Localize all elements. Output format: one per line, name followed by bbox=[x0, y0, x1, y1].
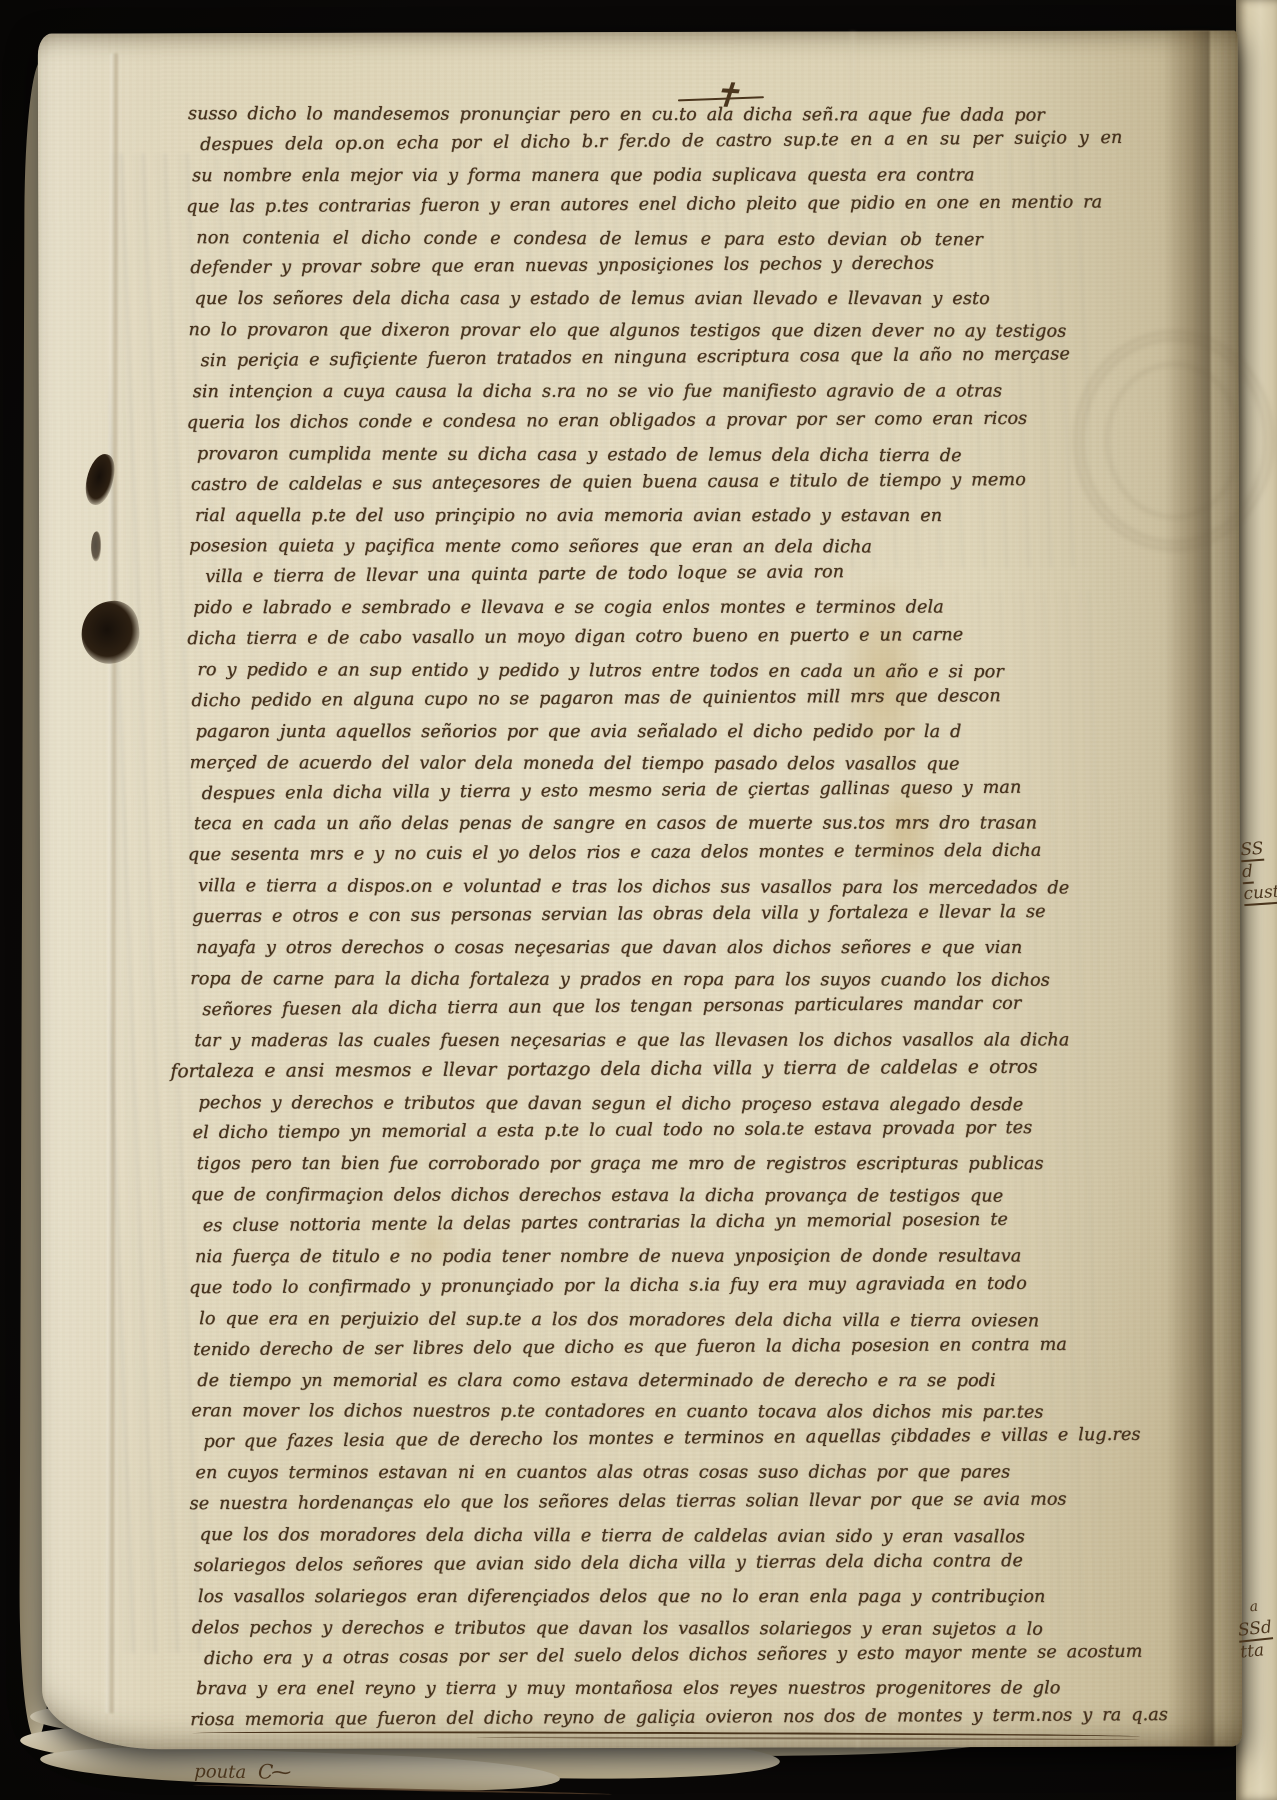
manuscript-line: pagaron junta aquellos señorios por que … bbox=[196, 717, 1156, 748]
manuscript-lines: susso dicho lo mandesemos pronunçiar per… bbox=[186, 97, 1158, 1737]
manuscript-line: tigos pero tan bien fue corroborado por … bbox=[197, 1149, 1157, 1180]
manuscript-line: que los señores dela dicha casa y estado… bbox=[194, 285, 1154, 316]
manuscript-line: fortaleza e ansi mesmos e llevar portazg… bbox=[170, 1052, 1156, 1088]
manuscript-line: que sesenta mrs e y no cuis el yo delos … bbox=[188, 835, 1156, 871]
manuscript-line: sin periçia e sufiçiente fueron tratados… bbox=[200, 339, 1154, 377]
manuscript-line: castro de caldelas e sus anteçesores de … bbox=[191, 464, 1155, 501]
manuscript-line: solariegos delos señores que avian sido … bbox=[194, 1545, 1158, 1582]
manuscript-line: defender y provar sobre que eran nuevas … bbox=[190, 248, 1154, 285]
manuscript-line: despues dela op.on echa por el dicho b.r… bbox=[200, 123, 1154, 161]
manuscript-line: de tiempo yn memorial es clara como esta… bbox=[197, 1366, 1157, 1397]
manuscript-page: ✝ susso dicho lo mandesemos pronunçiar p… bbox=[38, 30, 1242, 1749]
catchword: pouta C⁓ bbox=[194, 1758, 289, 1784]
margin-note-ssd: a SSd tta bbox=[1235, 1594, 1276, 1663]
manuscript-photo: ✝ susso dicho lo mandesemos pronunçiar p… bbox=[0, 0, 1277, 1800]
manuscript-line: señores fuesen ala dicha tierra aun que … bbox=[202, 987, 1156, 1025]
manuscript-line: es cluse nottoria mente la delas partes … bbox=[203, 1204, 1157, 1242]
manuscript-line: nayafa y otros derechos o cosas neçesari… bbox=[196, 933, 1156, 964]
manuscript-line: rial aquella p.te del uso prinçipio no a… bbox=[195, 501, 1155, 532]
ink-blot bbox=[77, 598, 143, 668]
fold-crease-left bbox=[106, 53, 120, 1713]
manuscript-line: el dicho tiempo yn memorial a esta p.te … bbox=[193, 1113, 1157, 1150]
manuscript-line: que las p.tes contrarias fueron y eran a… bbox=[186, 187, 1154, 223]
catchword-flourish: C⁓ bbox=[258, 1759, 290, 1784]
manuscript-line: que todo lo confirmado y pronunçiado por… bbox=[189, 1268, 1157, 1304]
manuscript-line: los vasallos solariegos eran diferençiad… bbox=[198, 1582, 1158, 1613]
manuscript-line: guerras e otros e con sus personas servi… bbox=[192, 896, 1156, 933]
manuscript-line: villa e tierra de llevar una quinta part… bbox=[205, 555, 1155, 593]
manuscript-line: queria los dichos conde e condesa no era… bbox=[187, 403, 1155, 439]
margin-note-ss: SS d cust bbox=[1240, 837, 1277, 905]
manuscript-line: se nuestra hordenanças elo que los señor… bbox=[190, 1484, 1158, 1520]
manuscript-line: por que fazes lesia que de derecho los m… bbox=[203, 1420, 1157, 1458]
manuscript-line: dicho pedido en alguna cupo no se pagaro… bbox=[191, 680, 1155, 717]
manuscript-line: tenido derecho de ser libres delo que di… bbox=[193, 1329, 1157, 1366]
gutter-shadow bbox=[1164, 31, 1214, 1747]
manuscript-line: dicha tierra e de cabo vasallo un moyo d… bbox=[187, 619, 1155, 655]
ink-blot bbox=[91, 531, 101, 561]
